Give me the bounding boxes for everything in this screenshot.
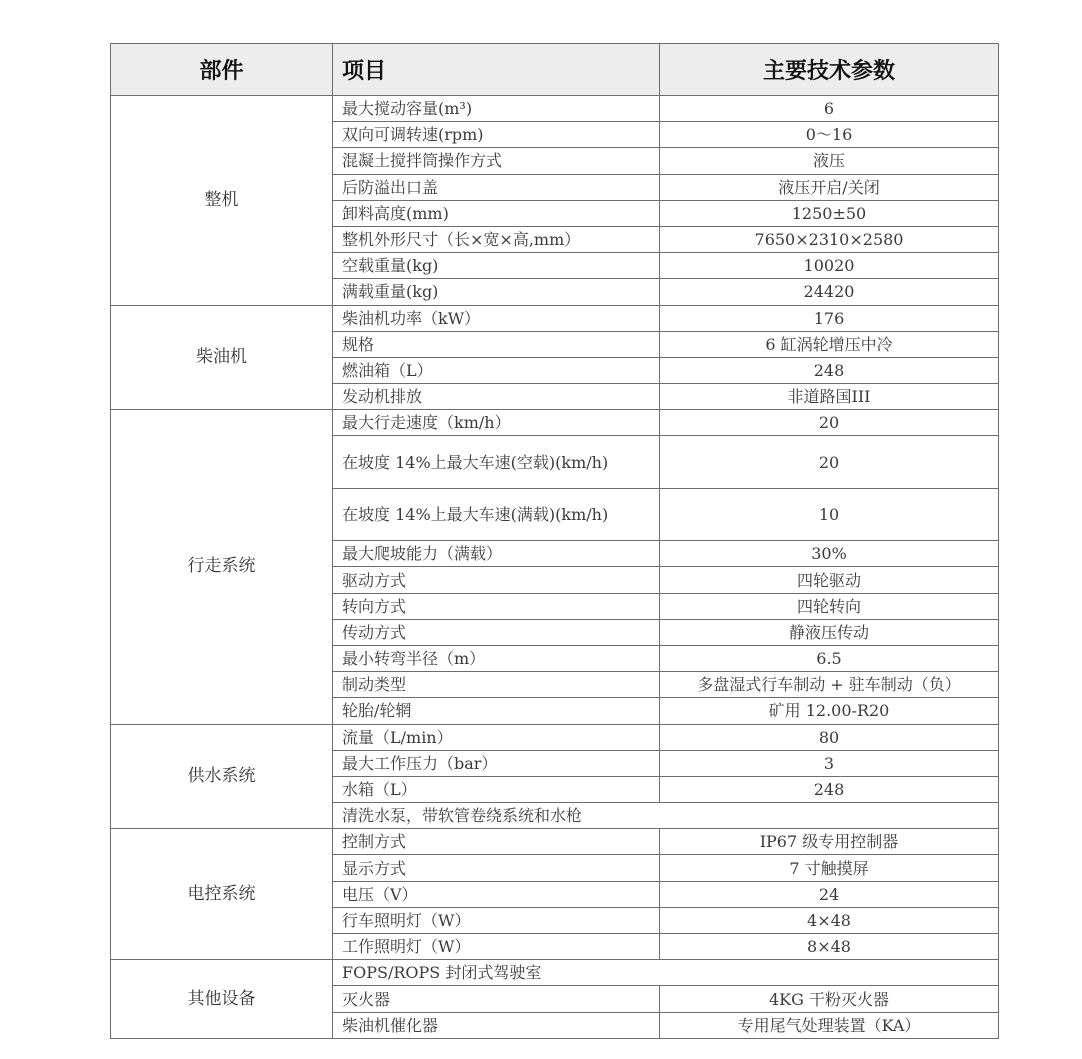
item-cell: 燃油箱（L） <box>333 357 660 383</box>
item-cell: 卸料高度(mm) <box>333 200 660 226</box>
item-cell: 传动方式 <box>333 619 660 645</box>
table-row: 整机 最大搅动容量(m³) 6 <box>111 96 999 122</box>
value-cell: 8×48 <box>660 934 999 960</box>
value-cell: 24 <box>660 881 999 907</box>
item-cell: 驱动方式 <box>333 567 660 593</box>
item-cell: 混凝土搅拌筒操作方式 <box>333 148 660 174</box>
item-cell: 最大搅动容量(m³) <box>333 96 660 122</box>
value-cell: 7 寸触摸屏 <box>660 855 999 881</box>
item-cell: 轮胎/轮辋 <box>333 698 660 724</box>
item-cell: 控制方式 <box>333 829 660 855</box>
value-cell: 静液压传动 <box>660 619 999 645</box>
value-cell: 四轮驱动 <box>660 567 999 593</box>
item-cell: 转向方式 <box>333 593 660 619</box>
value-cell: 液压开启/关闭 <box>660 174 999 200</box>
table-row: 行走系统 最大行走速度（km/h） 20 <box>111 410 999 436</box>
item-cell: 空载重量(kg) <box>333 253 660 279</box>
value-cell: 7650×2310×2580 <box>660 226 999 252</box>
value-cell: 176 <box>660 305 999 331</box>
header-item: 项目 <box>333 44 660 96</box>
value-cell: 4KG 干粉灭火器 <box>660 986 999 1012</box>
item-cell: 在坡度 14%上最大车速(空载)(km/h) <box>333 436 660 488</box>
item-cell: 灭火器 <box>333 986 660 1012</box>
part-cell: 行走系统 <box>111 410 333 724</box>
item-cell-merged: FOPS/ROPS 封闭式驾驶室 <box>333 960 999 986</box>
table-row: 其他设备 FOPS/ROPS 封闭式驾驶室 <box>111 960 999 986</box>
item-cell: 显示方式 <box>333 855 660 881</box>
item-cell: 电压（V） <box>333 881 660 907</box>
value-cell: 248 <box>660 357 999 383</box>
item-cell: 柴油机功率（kW） <box>333 305 660 331</box>
item-cell: 最大行走速度（km/h） <box>333 410 660 436</box>
value-cell: 多盘湿式行车制动 + 驻车制动（负） <box>660 672 999 698</box>
item-cell: 制动类型 <box>333 672 660 698</box>
value-cell: 10 <box>660 488 999 540</box>
item-cell: 流量（L/min） <box>333 724 660 750</box>
part-cell: 电控系统 <box>111 829 333 960</box>
item-cell: 最大工作压力（bar） <box>333 750 660 776</box>
header-param: 主要技术参数 <box>660 44 999 96</box>
table-row: 柴油机 柴油机功率（kW） 176 <box>111 305 999 331</box>
value-cell: 20 <box>660 436 999 488</box>
value-cell: 非道路国III <box>660 384 999 410</box>
value-cell: 矿用 12.00-R20 <box>660 698 999 724</box>
item-cell: 在坡度 14%上最大车速(满载)(km/h) <box>333 488 660 540</box>
header-row: 部件 项目 主要技术参数 <box>111 44 999 96</box>
item-cell: 后防溢出口盖 <box>333 174 660 200</box>
value-cell: 4×48 <box>660 907 999 933</box>
value-cell: 20 <box>660 410 999 436</box>
item-cell-merged: 清洗水泵，带软管卷绕系统和水枪 <box>333 803 999 829</box>
value-cell: 30% <box>660 541 999 567</box>
part-cell: 柴油机 <box>111 305 333 410</box>
item-cell: 行车照明灯（W） <box>333 907 660 933</box>
part-cell: 供水系统 <box>111 724 333 829</box>
item-cell: 规格 <box>333 331 660 357</box>
item-cell: 整机外形尺寸（长×宽×高,mm） <box>333 226 660 252</box>
value-cell: 80 <box>660 724 999 750</box>
spec-table: 部件 项目 主要技术参数 整机 最大搅动容量(m³) 6 双向可调转速(rpm)… <box>110 43 999 1039</box>
part-cell: 其他设备 <box>111 960 333 1039</box>
item-cell: 工作照明灯（W） <box>333 934 660 960</box>
value-cell: 0～16 <box>660 122 999 148</box>
value-cell: 四轮转向 <box>660 593 999 619</box>
value-cell: 液压 <box>660 148 999 174</box>
value-cell: 6 <box>660 96 999 122</box>
item-cell: 水箱（L） <box>333 776 660 802</box>
value-cell: IP67 级专用控制器 <box>660 829 999 855</box>
item-cell: 柴油机催化器 <box>333 1012 660 1038</box>
value-cell: 6.5 <box>660 645 999 671</box>
value-cell: 6 缸涡轮增压中冷 <box>660 331 999 357</box>
item-cell: 满载重量(kg) <box>333 279 660 305</box>
value-cell: 10020 <box>660 253 999 279</box>
value-cell: 3 <box>660 750 999 776</box>
value-cell: 24420 <box>660 279 999 305</box>
item-cell: 发动机排放 <box>333 384 660 410</box>
value-cell: 专用尾气处理装置（KA） <box>660 1012 999 1038</box>
item-cell: 最大爬坡能力（满载） <box>333 541 660 567</box>
table-row: 电控系统 控制方式 IP67 级专用控制器 <box>111 829 999 855</box>
item-cell: 最小转弯半径（m） <box>333 645 660 671</box>
table-row: 供水系统 流量（L/min） 80 <box>111 724 999 750</box>
value-cell: 1250±50 <box>660 200 999 226</box>
part-cell: 整机 <box>111 96 333 306</box>
value-cell: 248 <box>660 776 999 802</box>
header-part: 部件 <box>111 44 333 96</box>
item-cell: 双向可调转速(rpm) <box>333 122 660 148</box>
